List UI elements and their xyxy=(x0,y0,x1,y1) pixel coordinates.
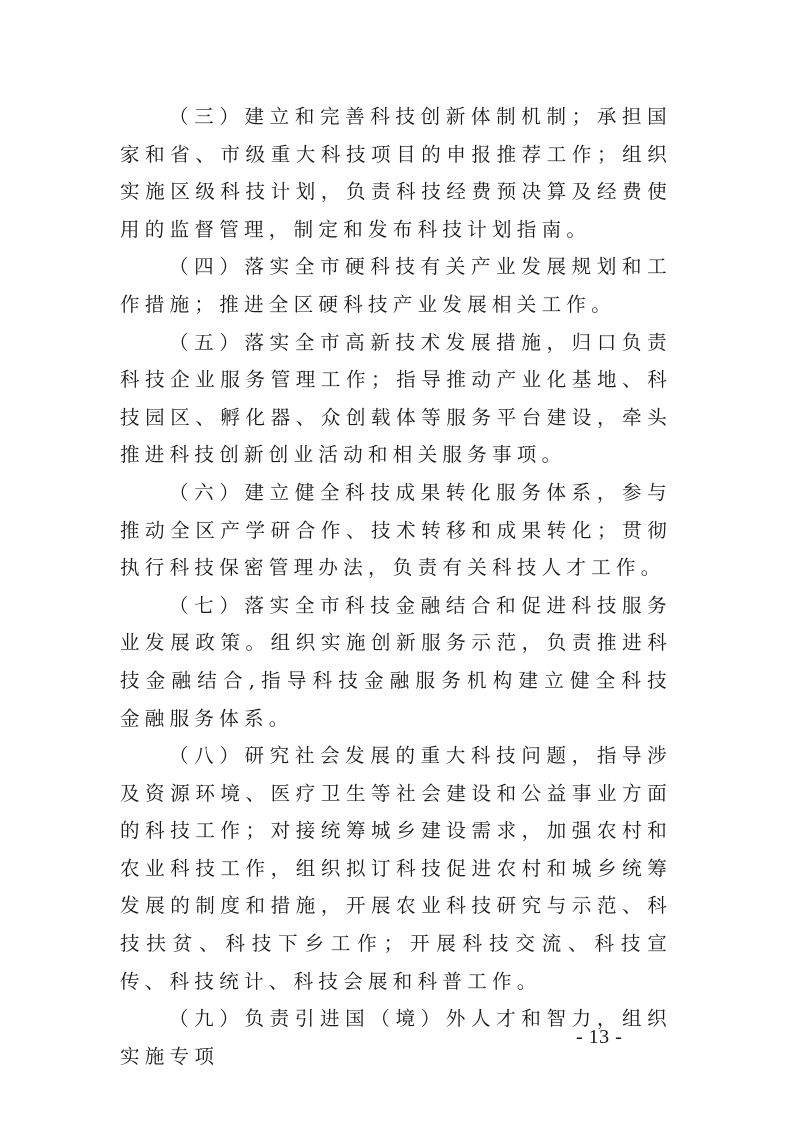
paragraph-5: （五）落实全市高新技术发展措施，归口负责科技企业服务管理工作；指导推动产业化基地… xyxy=(120,324,672,474)
paragraph-8: （八）研究社会发展的重大科技问题，指导涉及资源环境、医疗卫生等社会建设和公益事业… xyxy=(120,737,672,1000)
paragraph-6: （六）建立健全科技成果转化服务体系，参与推动全区产学研合作、技术转移和成果转化；… xyxy=(120,474,672,587)
paragraph-4: （四）落实全市硬科技有关产业发展规划和工作措施；推进全区硬科技产业发展相关工作。 xyxy=(120,248,672,323)
paragraph-7: （七）落实全市科技金融结合和促进科技服务业发展政策。组织实施创新服务示范，负责推… xyxy=(120,587,672,737)
document-page: （三）建立和完善科技创新体制机制；承担国家和省、市级重大科技项目的申报推荐工作；… xyxy=(0,0,793,1122)
body-text: （三）建立和完善科技创新体制机制；承担国家和省、市级重大科技项目的申报推荐工作；… xyxy=(120,98,672,1075)
page-number: - 13 - xyxy=(576,1026,622,1049)
paragraph-3: （三）建立和完善科技创新体制机制；承担国家和省、市级重大科技项目的申报推荐工作；… xyxy=(120,98,672,248)
